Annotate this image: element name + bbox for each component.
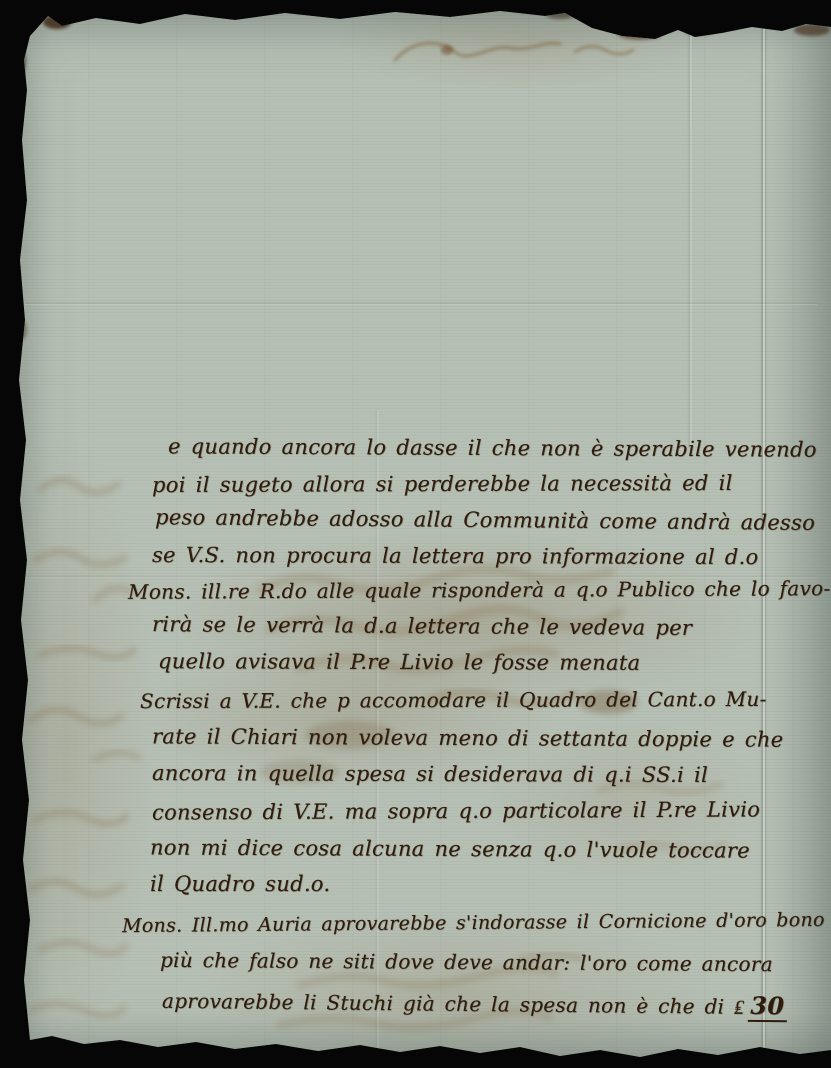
manuscript-line: Mons. ill.re R.do alle quale risponderà … [128, 576, 831, 604]
manuscript-line: quello avisava il P.re Livio le fosse me… [158, 649, 640, 675]
manuscript-line: non mi dice cosa alcuna ne senza q.o l'v… [150, 835, 750, 862]
manuscript-line: Scrissi a V.E. che p accomodare il Quadr… [140, 687, 767, 713]
manuscript-line: poi il sugeto allora si perderebbe la ne… [152, 471, 733, 497]
manuscript-line: consenso di V.E. ma sopra q.o particolar… [152, 797, 760, 824]
amount-underlined: 30 [748, 991, 787, 1022]
manuscript-line: se V.S. non procura la lettera pro infor… [152, 543, 759, 569]
letter-body: e quando ancora lo dasse il che non è sp… [0, 0, 831, 1068]
manuscript-line: rate il Chiari non voleva meno di settan… [152, 724, 784, 751]
closing-text: aprovarebbe li Stuchi già che la spesa n… [162, 989, 745, 1019]
manuscript-line: ancora in quella spesa si desiderava di … [152, 761, 708, 787]
manuscript-line: Mons. Ill.mo Auria aprovarebbe s'indoras… [122, 909, 825, 937]
manuscript-line: il Quadro sud.o. [150, 872, 330, 896]
manuscript-line: aprovarebbe li Stuchi già che la spesa n… [162, 985, 788, 1021]
manuscript-line: più che falso ne siti dove deve andar: l… [160, 948, 773, 976]
manuscript-paper: e quando ancora lo dasse il che non è sp… [0, 0, 831, 1068]
scan-background: e quando ancora lo dasse il che non è sp… [0, 0, 831, 1068]
manuscript-line: rirà se le verrà la d.a lettera che le v… [152, 612, 692, 640]
manuscript-line: peso andrebbe adosso alla Communità come… [155, 505, 815, 535]
manuscript-line: e quando ancora lo dasse il che non è sp… [168, 434, 817, 461]
